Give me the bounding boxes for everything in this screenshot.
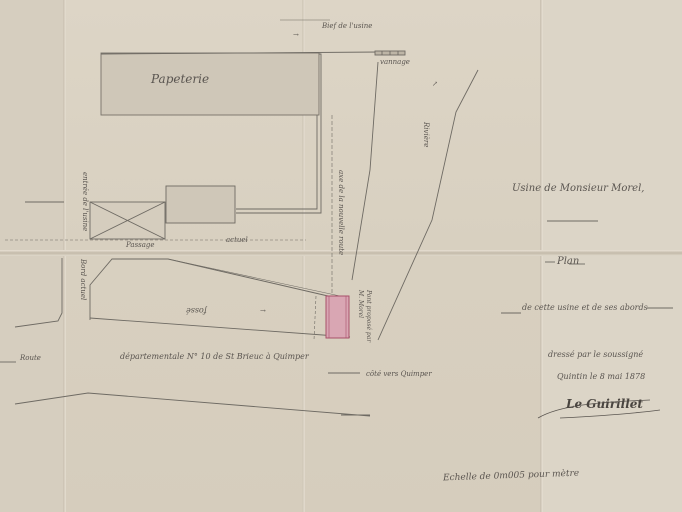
place-date: Quintin le 8 mai 1878 bbox=[557, 372, 645, 381]
label-cote-quimper: côté vers Quimper bbox=[366, 370, 432, 378]
label-actuel: actuel bbox=[226, 236, 248, 244]
label-vannage: vannage bbox=[380, 58, 410, 66]
label-entree-usine: entrée de l'usine bbox=[81, 172, 89, 231]
label-riviere: Rivière bbox=[422, 122, 430, 147]
road-edge-ditch bbox=[15, 258, 62, 327]
label-bord-actuel: Bord actuel bbox=[79, 259, 87, 300]
label-papeterie: Papeterie bbox=[151, 72, 209, 86]
label-fosse: fossé bbox=[186, 306, 207, 315]
flow-arrow-river: ↗ bbox=[432, 80, 438, 88]
label-axe-nouvelle-route: axe de la nouvelle route bbox=[337, 170, 345, 255]
document-description: de cette usine et de ses abords bbox=[522, 303, 648, 312]
plan-drawing bbox=[0, 0, 682, 512]
papeterie-building bbox=[101, 53, 319, 115]
label-passage: Passage bbox=[126, 241, 155, 249]
road-edge-upper bbox=[90, 259, 328, 320]
flow-arrow-ditch: → bbox=[260, 307, 266, 315]
road-edge-lower bbox=[15, 393, 370, 416]
riviere-bank-2 bbox=[378, 70, 478, 340]
flow-arrow-top: → bbox=[293, 31, 299, 39]
label-route-departementale: départementale N° 10 de St Brieuc à Quim… bbox=[120, 352, 309, 361]
label-pont-propose: Pont proposé par M. Morel bbox=[356, 290, 372, 350]
small-building bbox=[166, 186, 235, 223]
document-title: Usine de Monsieur Morel, bbox=[512, 183, 644, 194]
prepared-by: dressé par le soussigné bbox=[548, 350, 643, 359]
label-bief: Bief de l'usine bbox=[322, 22, 372, 30]
document-subtitle-plan: Plan bbox=[557, 256, 579, 267]
pont-propose bbox=[326, 296, 349, 338]
riviere-bank bbox=[352, 62, 378, 280]
signature: Le Guirillet bbox=[566, 397, 643, 411]
label-route: Route bbox=[20, 354, 41, 362]
